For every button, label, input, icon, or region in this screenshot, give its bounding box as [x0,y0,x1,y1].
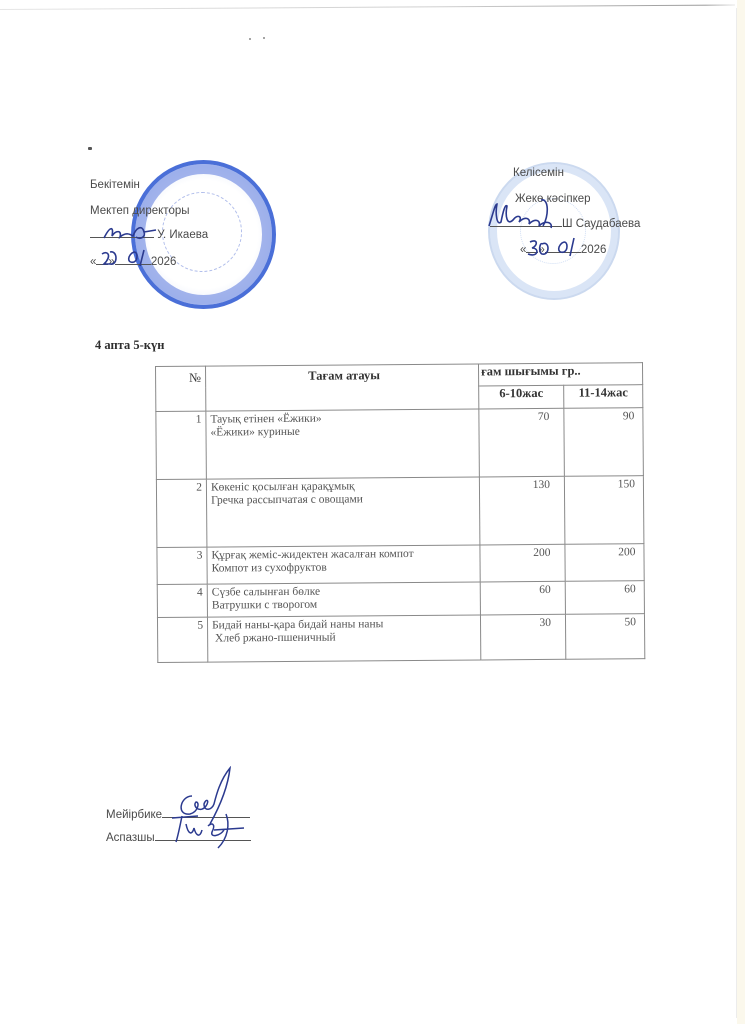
portion-11-14: 200 [565,544,644,582]
menu-table: № Тағам атауы ғам шығымы гр.. 6-10жас 11… [155,362,645,663]
portion-11-14: 150 [564,476,644,545]
header-age-6-10: 6-10жас [479,385,564,409]
row-number: 4 [157,584,207,617]
portion-11-14: 60 [565,581,644,615]
agree-name: Ш Саудабаева [562,218,640,230]
header-yield-group: ғам шығымы гр.. [478,363,642,386]
approve-title: Бекітемін [90,179,140,191]
dish-name-russian: Ватрушки с творогом [212,597,480,612]
cook-label: Аспазшы [106,832,155,844]
cook-signature [168,810,248,850]
director-date-handwriting [96,248,166,270]
dish-name-cell: Көкеніс қосылған қарақұмықГречка рассыпч… [206,477,480,547]
scan-speck [263,37,265,39]
header-number: № [156,366,206,411]
table-row: 5Бидай наны-қара бидай наны наны Хлеб рж… [157,614,644,663]
week-day-heading: 4 апта 5-күн [95,338,164,353]
dish-name-russian: «Ёжики» куриные [210,424,478,439]
header-dish-name: Тағам атауы [206,364,479,411]
dish-name-cell: Құрғақ жеміс-жидектен жасалған компотКом… [207,545,480,584]
table-row: 1Тауық етінен «Ёжики»«Ёжики» куриные7090 [156,408,644,480]
scan-speck [88,147,92,150]
portion-6-10: 130 [479,476,565,545]
portion-11-14: 50 [565,614,644,660]
header-age-11-14: 11-14жас [564,384,643,408]
portion-6-10: 60 [480,581,565,615]
table-row: 2Көкеніс қосылған қарақұмықГречка рассып… [156,476,644,548]
table-row: 3Құрғақ жеміс-жидектен жасалған компотКо… [157,544,644,585]
scan-speck [249,38,251,40]
entrepreneur-date-handwriting [524,236,594,260]
portion-11-14: 90 [564,408,644,477]
row-number: 1 [156,411,207,479]
dish-name-cell: Тауық етінен «Ёжики»«Ёжики» куриные [206,409,480,479]
portion-6-10: 30 [480,614,565,660]
row-number: 3 [157,547,207,584]
dish-name-cell: Сүзбе салынған бөлкеВатрушки с творогом [207,582,480,617]
portion-6-10: 200 [480,544,565,582]
row-number: 5 [157,617,207,662]
approve-position: Мектеп директоры [90,205,190,217]
table-row: 4Сүзбе салынған бөлкеВатрушки с творогом… [157,581,644,618]
dish-name-russian: Гречка рассыпчатая с овощами [211,492,479,507]
entrepreneur-signature [483,196,573,236]
row-number: 2 [156,479,207,547]
dish-name-cell: Бидай наны-қара бидай наны наны Хлеб ржа… [207,615,480,662]
scan-page-edge-top [0,5,735,10]
scan-margin-strip [737,0,745,1024]
director-signature [100,222,170,244]
portion-6-10: 70 [479,408,565,477]
dish-name-russian: Хлеб ржано-пшеничный [212,630,480,645]
nurse-label: Мейірбике [106,809,162,821]
agree-title: Келісемін [513,167,564,179]
dish-name-russian: Компот из сухофруктов [212,560,480,575]
